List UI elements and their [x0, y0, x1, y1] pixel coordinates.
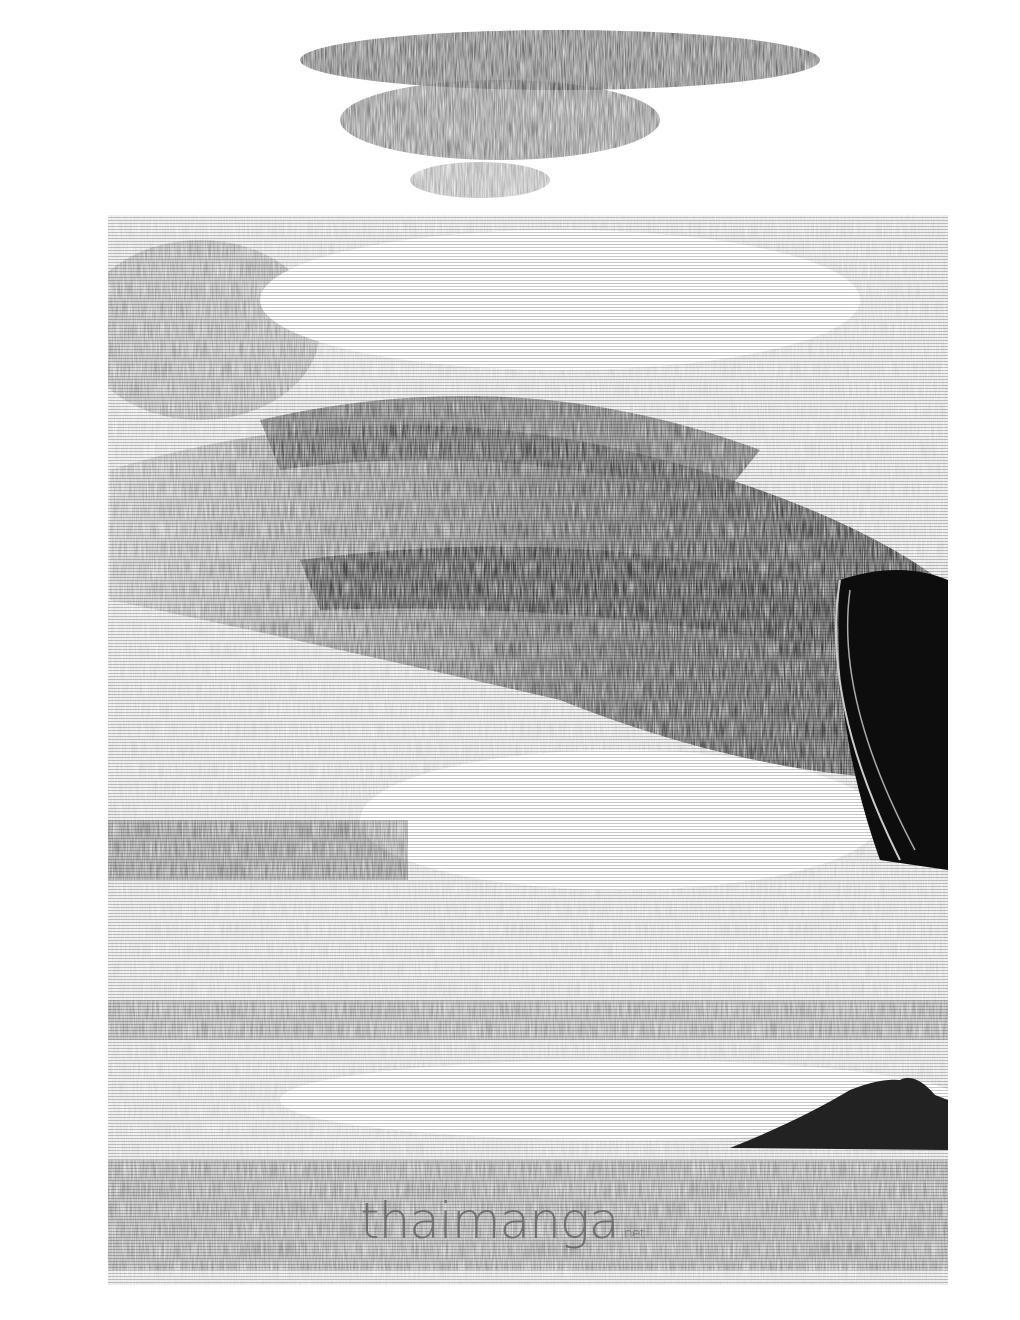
watermark: thaimanga.net [360, 1196, 644, 1246]
top-cloud [300, 30, 820, 198]
watermark-name: thaimanga [360, 1192, 619, 1250]
manga-illustration [0, 0, 1020, 1320]
right-margin [948, 200, 1020, 1320]
left-margin [0, 200, 108, 1320]
watermark-tld: .net [621, 1226, 644, 1242]
